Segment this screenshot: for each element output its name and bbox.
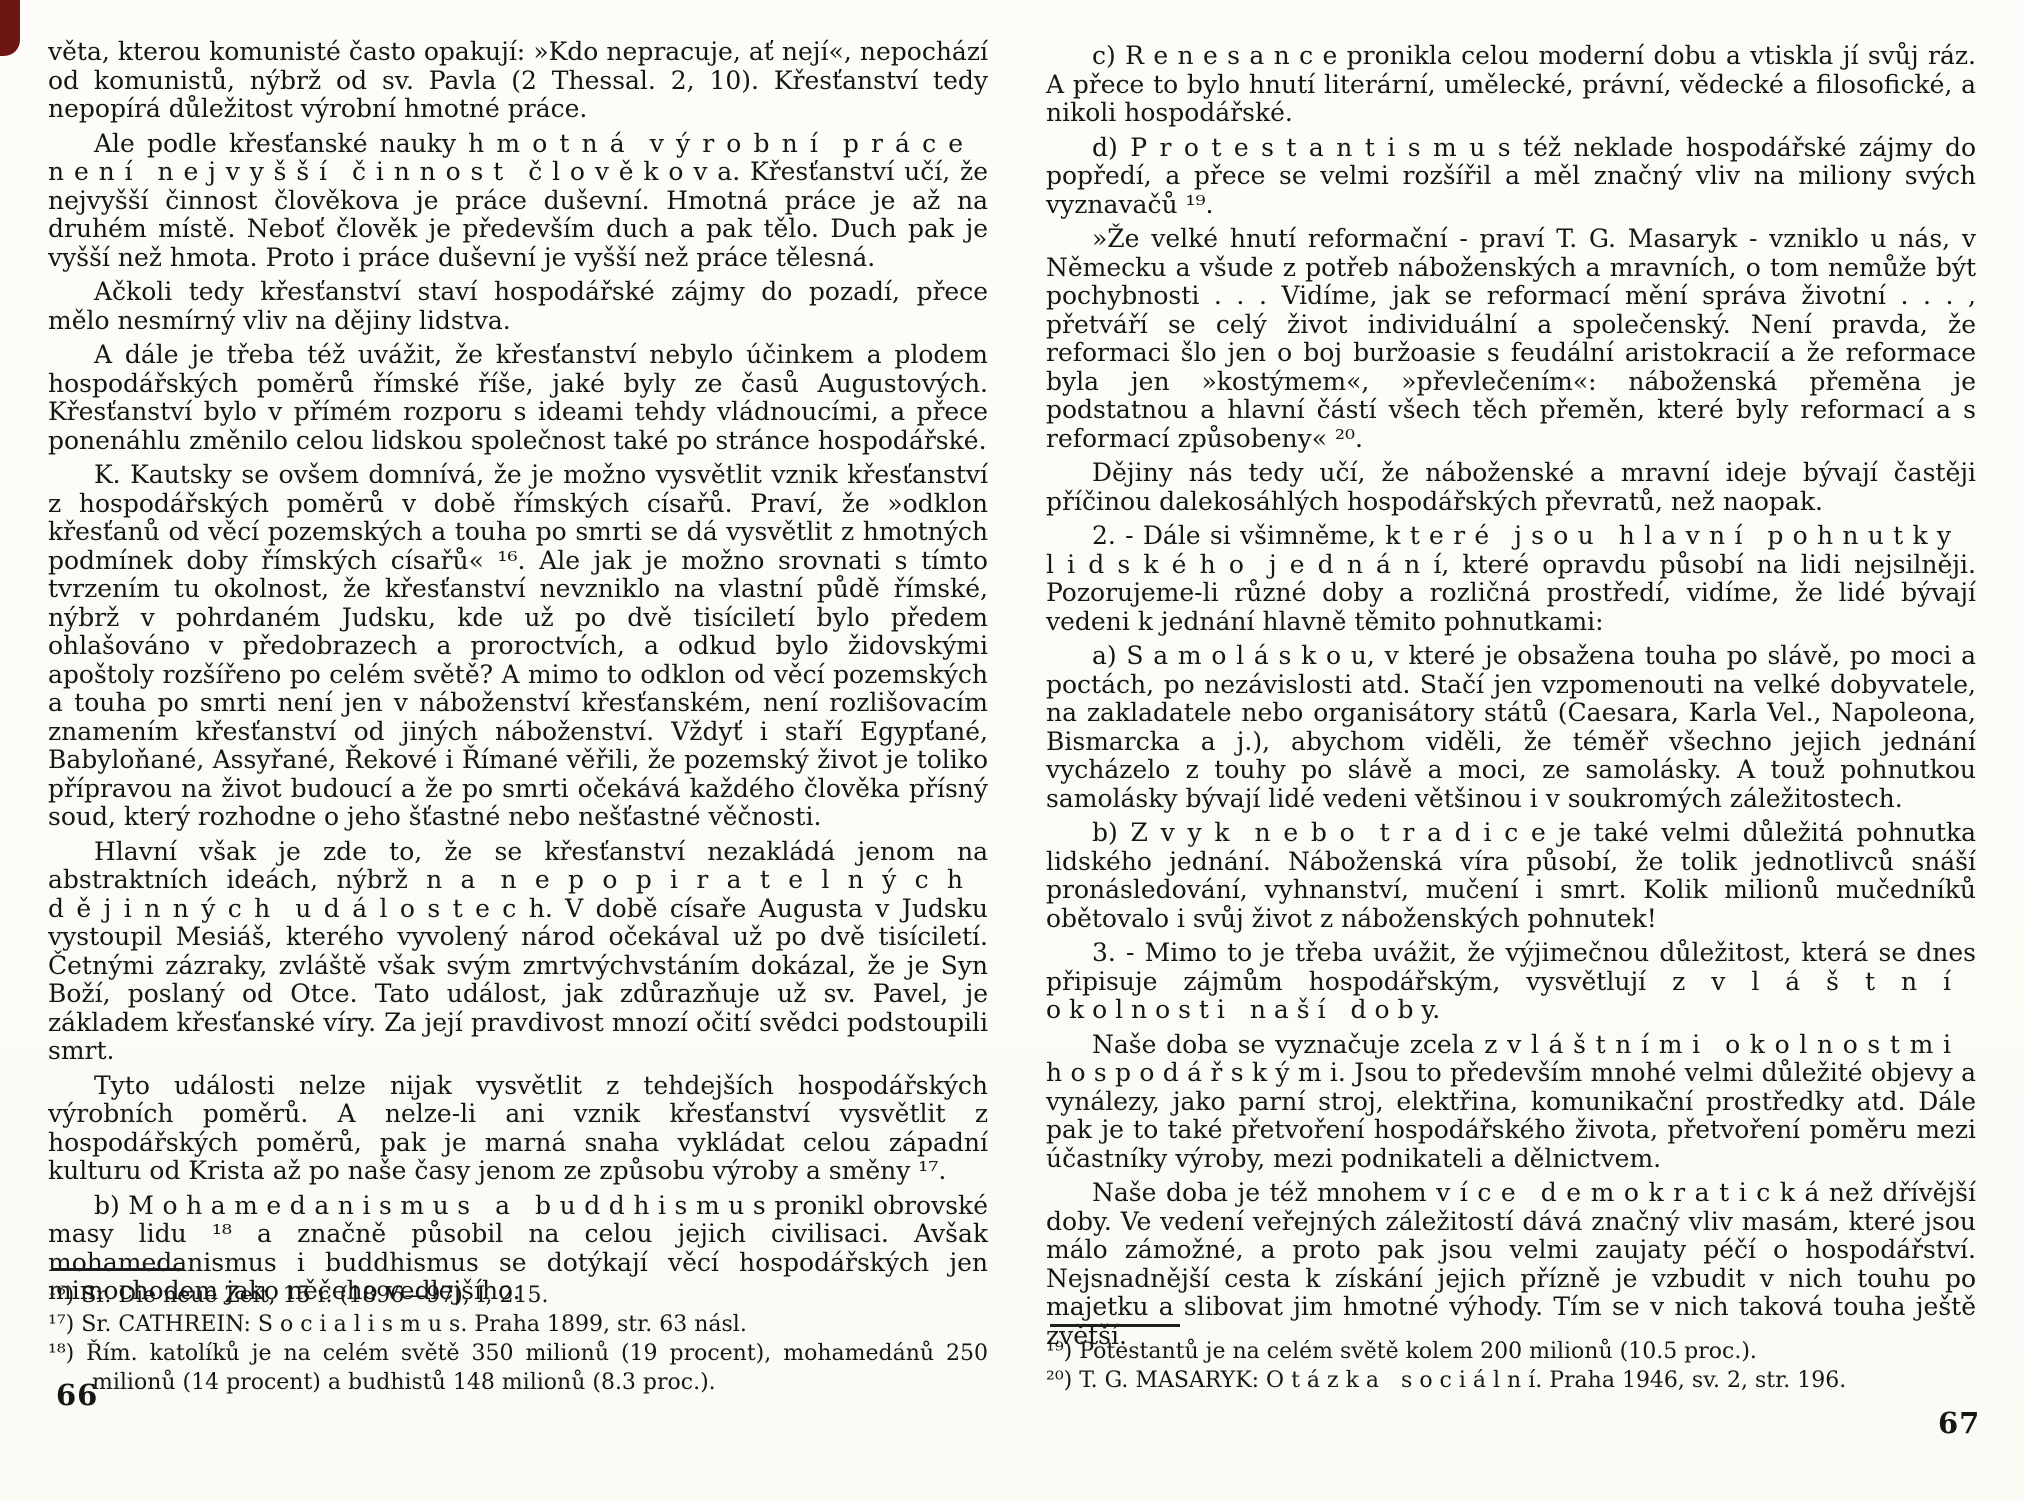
paragraph: 3. - Mimo to je třeba uvážit, že výjimeč… bbox=[1046, 939, 1976, 1025]
page-number-right: 67 bbox=[1938, 1406, 1980, 1440]
footnote: ¹⁸) Řím. katolíků je na celém světě 350 … bbox=[48, 1339, 988, 1397]
paragraph: Ale podle křesťanské nauky h m o t n á v… bbox=[48, 130, 988, 273]
paragraph: Dějiny nás tedy učí, že náboženské a mra… bbox=[1046, 459, 1976, 516]
left-page-footnotes: ¹⁶) Sr. Die neue Zeit, 15 r. (1896—97), … bbox=[48, 1268, 988, 1397]
paragraph: b) Z v y k n e b o t r a d i c e je také… bbox=[1046, 819, 1976, 933]
left-page-body: věta, kterou komunisté často opakují: »K… bbox=[48, 38, 988, 1306]
book-spread: věta, kterou komunisté často opakují: »K… bbox=[0, 0, 2024, 1500]
paragraph: Naše doba se vyznačuje zcela z v l á š t… bbox=[1046, 1031, 1976, 1174]
footnote: ²⁰) T. G. MASARYK: O t á z k a s o c i á… bbox=[1046, 1366, 1976, 1395]
paragraph: »Že velké hnutí reformační - praví T. G.… bbox=[1046, 225, 1976, 453]
footnote-rule bbox=[1050, 1324, 1180, 1327]
paragraph: Tyto události nelze nijak vysvětlit z te… bbox=[48, 1072, 988, 1186]
paragraph: K. Kautsky se ovšem domnívá, že je možno… bbox=[48, 461, 988, 832]
paragraph: d) P r o t e s t a n t i s m u s též nek… bbox=[1046, 134, 1976, 220]
right-page-footnotes: ¹⁹) Potestantů je na celém světě kolem 2… bbox=[1046, 1324, 1976, 1395]
footnote: ¹⁷) Sr. CATHREIN: S o c i a l i s m u s.… bbox=[48, 1310, 988, 1339]
scan-corner-artifact bbox=[0, 0, 20, 56]
right-page-body: c) R e n e s a n c e pronikla celou mode… bbox=[1046, 42, 1976, 1350]
paragraph: c) R e n e s a n c e pronikla celou mode… bbox=[1046, 42, 1976, 128]
paragraph: věta, kterou komunisté často opakují: »K… bbox=[48, 38, 988, 124]
footnote-rule bbox=[52, 1268, 182, 1271]
paragraph: 2. - Dále si všimněme, k t e r é j s o u… bbox=[1046, 522, 1976, 636]
paragraph: a) S a m o l á s k o u, v které je obsaž… bbox=[1046, 642, 1976, 813]
paragraph: Hlavní však je zde to, že se křesťanství… bbox=[48, 838, 988, 1066]
footnote: ¹⁶) Sr. Die neue Zeit, 15 r. (1896—97), … bbox=[48, 1281, 988, 1310]
page-number-left: 66 bbox=[56, 1378, 98, 1412]
paragraph: Ačkoli tedy křesťanství staví hospodářsk… bbox=[48, 278, 988, 335]
footnote: ¹⁹) Potestantů je na celém světě kolem 2… bbox=[1046, 1337, 1976, 1366]
paragraph: A dále je třeba též uvážit, že křesťanst… bbox=[48, 341, 988, 455]
